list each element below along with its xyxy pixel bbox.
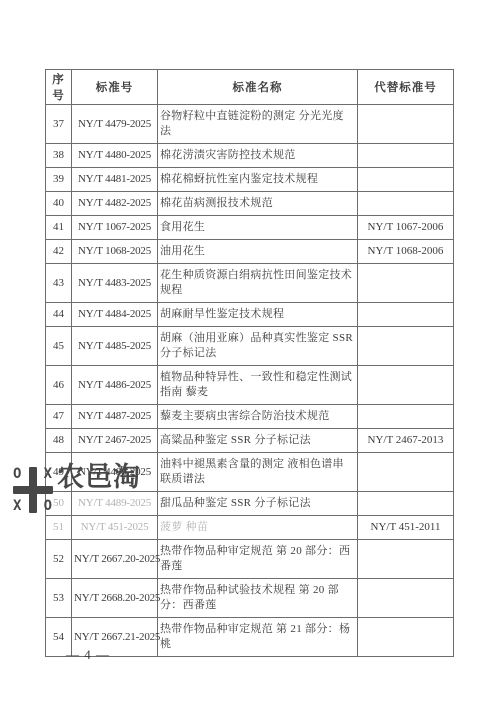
- table-row: 37NY/T 4479-2025谷物籽粒中直链淀粉的测定 分光光度法: [46, 105, 454, 144]
- logo-corner-circle-icon: O: [13, 467, 21, 481]
- table-cell-std: NY/T 4480-2025: [72, 144, 158, 168]
- table-row: 53NY/T 2668.20-2025热带作物品种试验技术规程 第 20 部分：…: [46, 579, 454, 618]
- table-row: 48NY/T 2467-2025高粱品种鉴定 SSR 分子标记法NY/T 246…: [46, 429, 454, 453]
- table-cell-std: NY/T 4485-2025: [72, 327, 158, 366]
- table-cell-replaced: NY/T 451-2011: [358, 516, 454, 540]
- table-cell-replaced: NY/T 1068-2006: [358, 240, 454, 264]
- table-cell-replaced: [358, 192, 454, 216]
- standards-table-body: 37NY/T 4479-2025谷物籽粒中直链淀粉的测定 分光光度法38NY/T…: [46, 105, 454, 657]
- table-cell-name: 热带作物品种审定规范 第 20 部分：西番莲: [158, 540, 358, 579]
- table-cell-seq: 39: [46, 168, 72, 192]
- standards-table-header: 序号 标准号 标准名称 代替标准号: [46, 70, 454, 105]
- table-row: 45NY/T 4485-2025胡麻（油用亚麻）品种真实性鉴定 SSR 分子标记…: [46, 327, 454, 366]
- header-cell-seq: 序号: [46, 70, 72, 105]
- header-cell-std: 标准号: [72, 70, 158, 105]
- table-cell-replaced: [358, 540, 454, 579]
- table-cell-replaced: [358, 327, 454, 366]
- table-cell-seq: 51: [46, 516, 72, 540]
- table-row: 43NY/T 4483-2025花生种质资源白绢病抗性田间鉴定技术规程: [46, 264, 454, 303]
- table-cell-seq: 41: [46, 216, 72, 240]
- watermark: O X X O 农邑淘: [13, 462, 141, 513]
- table-cell-seq: 53: [46, 579, 72, 618]
- table-cell-name: 甜瓜品种鉴定 SSR 分子标记法: [158, 492, 358, 516]
- standards-table: 序号 标准号 标准名称 代替标准号 37NY/T 4479-2025谷物籽粒中直…: [45, 69, 454, 657]
- table-cell-std: NY/T 4486-2025: [72, 366, 158, 405]
- logo-cross-vertical-bar: [29, 467, 37, 513]
- rice-character-logo-icon: O X X O: [13, 467, 53, 513]
- table-cell-replaced: [358, 453, 454, 492]
- table-row: 44NY/T 4484-2025胡麻耐旱性鉴定技术规程: [46, 303, 454, 327]
- table-row: 38NY/T 4480-2025棉花涝渍灾害防控技术规范: [46, 144, 454, 168]
- table-cell-replaced: [358, 303, 454, 327]
- table-cell-name: 花生种质资源白绢病抗性田间鉴定技术规程: [158, 264, 358, 303]
- table-cell-name: 谷物籽粒中直链淀粉的测定 分光光度法: [158, 105, 358, 144]
- table-cell-std: NY/T 4487-2025: [72, 405, 158, 429]
- table-cell-name: 热带作物品种审定规范 第 21 部分：杨桃: [158, 618, 358, 657]
- header-cell-replaced: 代替标准号: [358, 70, 454, 105]
- document-page: 序号 标准号 标准名称 代替标准号 37NY/T 4479-2025谷物籽粒中直…: [0, 0, 500, 707]
- table-cell-name: 食用花生: [158, 216, 358, 240]
- table-cell-name: 棉花苗病测报技术规范: [158, 192, 358, 216]
- table-cell-seq: 46: [46, 366, 72, 405]
- table-cell-replaced: [358, 405, 454, 429]
- table-row: 42NY/T 1068-2025油用花生NY/T 1068-2006: [46, 240, 454, 264]
- table-cell-name: 棉花棉蚜抗性室内鉴定技术规程: [158, 168, 358, 192]
- table-cell-std: NY/T 4479-2025: [72, 105, 158, 144]
- table-cell-std: NY/T 4482-2025: [72, 192, 158, 216]
- table-cell-seq: 52: [46, 540, 72, 579]
- table-cell-replaced: [358, 105, 454, 144]
- watermark-brand-text: 农邑淘: [57, 462, 141, 492]
- table-cell-std: NY/T 2467-2025: [72, 429, 158, 453]
- table-cell-name: 油料中褪黑素含量的测定 液相色谱串联质谱法: [158, 453, 358, 492]
- table-cell-seq: 43: [46, 264, 72, 303]
- logo-corner-cross-icon: X: [44, 467, 52, 481]
- table-row: 51NY/T 451-2025菠萝 种苗NY/T 451-2011: [46, 516, 454, 540]
- table-cell-seq: 47: [46, 405, 72, 429]
- table-cell-replaced: NY/T 2467-2013: [358, 429, 454, 453]
- table-cell-name: 棉花涝渍灾害防控技术规范: [158, 144, 358, 168]
- table-cell-std: NY/T 4484-2025: [72, 303, 158, 327]
- table-cell-std: NY/T 451-2025: [72, 516, 158, 540]
- header-row: 序号 标准号 标准名称 代替标准号: [46, 70, 454, 105]
- table-cell-replaced: [358, 579, 454, 618]
- table-cell-seq: 45: [46, 327, 72, 366]
- table-cell-name: 藜麦主要病虫害综合防治技术规范: [158, 405, 358, 429]
- table-cell-seq: 40: [46, 192, 72, 216]
- table-cell-seq: 38: [46, 144, 72, 168]
- logo-corner-cross-icon: X: [13, 499, 21, 513]
- table-cell-replaced: [358, 366, 454, 405]
- page-number: — 4 —: [66, 647, 110, 663]
- table-cell-name: 油用花生: [158, 240, 358, 264]
- table-cell-seq: 48: [46, 429, 72, 453]
- table-cell-name: 植物品种特异性、一致性和稳定性测试指南 藜麦: [158, 366, 358, 405]
- table-row: 39NY/T 4481-2025棉花棉蚜抗性室内鉴定技术规程: [46, 168, 454, 192]
- table-cell-std: NY/T 4481-2025: [72, 168, 158, 192]
- table-cell-seq: 42: [46, 240, 72, 264]
- table-cell-name: 高粱品种鉴定 SSR 分子标记法: [158, 429, 358, 453]
- table-cell-std: NY/T 2668.20-2025: [72, 579, 158, 618]
- table-cell-replaced: [358, 144, 454, 168]
- table-cell-name: 胡麻耐旱性鉴定技术规程: [158, 303, 358, 327]
- table-cell-std: NY/T 4483-2025: [72, 264, 158, 303]
- table-row: 46NY/T 4486-2025植物品种特异性、一致性和稳定性测试指南 藜麦: [46, 366, 454, 405]
- table-cell-name: 胡麻（油用亚麻）品种真实性鉴定 SSR 分子标记法: [158, 327, 358, 366]
- table-cell-seq: 44: [46, 303, 72, 327]
- table-cell-replaced: [358, 168, 454, 192]
- table-cell-replaced: [358, 264, 454, 303]
- table-cell-std: NY/T 1068-2025: [72, 240, 158, 264]
- table-row: 40NY/T 4482-2025棉花苗病测报技术规范: [46, 192, 454, 216]
- table-row: 41NY/T 1067-2025食用花生NY/T 1067-2006: [46, 216, 454, 240]
- table-cell-replaced: [358, 618, 454, 657]
- table-cell-name: 菠萝 种苗: [158, 516, 358, 540]
- header-cell-name: 标准名称: [158, 70, 358, 105]
- table-cell-name: 热带作物品种试验技术规程 第 20 部分：西番莲: [158, 579, 358, 618]
- table-cell-std: NY/T 2667.20-2025: [72, 540, 158, 579]
- logo-corner-circle-icon: O: [44, 499, 52, 513]
- table-row: 52NY/T 2667.20-2025热带作物品种审定规范 第 20 部分：西番…: [46, 540, 454, 579]
- table-cell-seq: 37: [46, 105, 72, 144]
- table-cell-replaced: NY/T 1067-2006: [358, 216, 454, 240]
- table-cell-replaced: [358, 492, 454, 516]
- table-cell-std: NY/T 1067-2025: [72, 216, 158, 240]
- table-row: 47NY/T 4487-2025藜麦主要病虫害综合防治技术规范: [46, 405, 454, 429]
